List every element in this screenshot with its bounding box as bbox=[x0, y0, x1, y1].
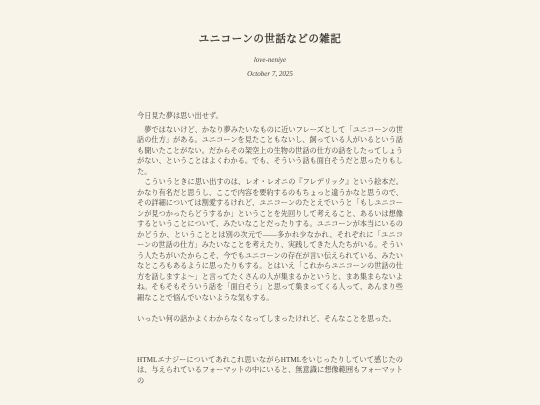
author-byline: love-neniye bbox=[0, 56, 540, 65]
journal-page: ユニコーンの世話などの雑記 love-neniye October 7, 202… bbox=[0, 0, 540, 405]
article-paragraph: こういうときに思い出すのは、レオ・レオニの『フレデリック』という絵本だ。かなり有… bbox=[137, 177, 403, 303]
article-paragraph: HTMLエナジーについてあれこれ思いながらHTMLをいじったりしていて感じたのは… bbox=[137, 355, 403, 387]
article-paragraph: 今日見た夢は思い出せず。 bbox=[137, 111, 403, 122]
page-title: ユニコーンの世話などの雑記 bbox=[0, 33, 540, 47]
article-paragraph: いったい何の話かよくわからなくなってしまったけれど、そんなことを思った。 bbox=[137, 314, 403, 325]
post-date: October 7, 2025 bbox=[0, 70, 540, 79]
article-body: 今日見た夢は思い出せず。 夢ではないけど、かなり夢みたいなものに近いフレーズとし… bbox=[137, 111, 403, 386]
article-paragraph: 夢ではないけど、かなり夢みたいなものに近いフレーズとして「ユニコーンの世話の仕方… bbox=[137, 125, 403, 178]
